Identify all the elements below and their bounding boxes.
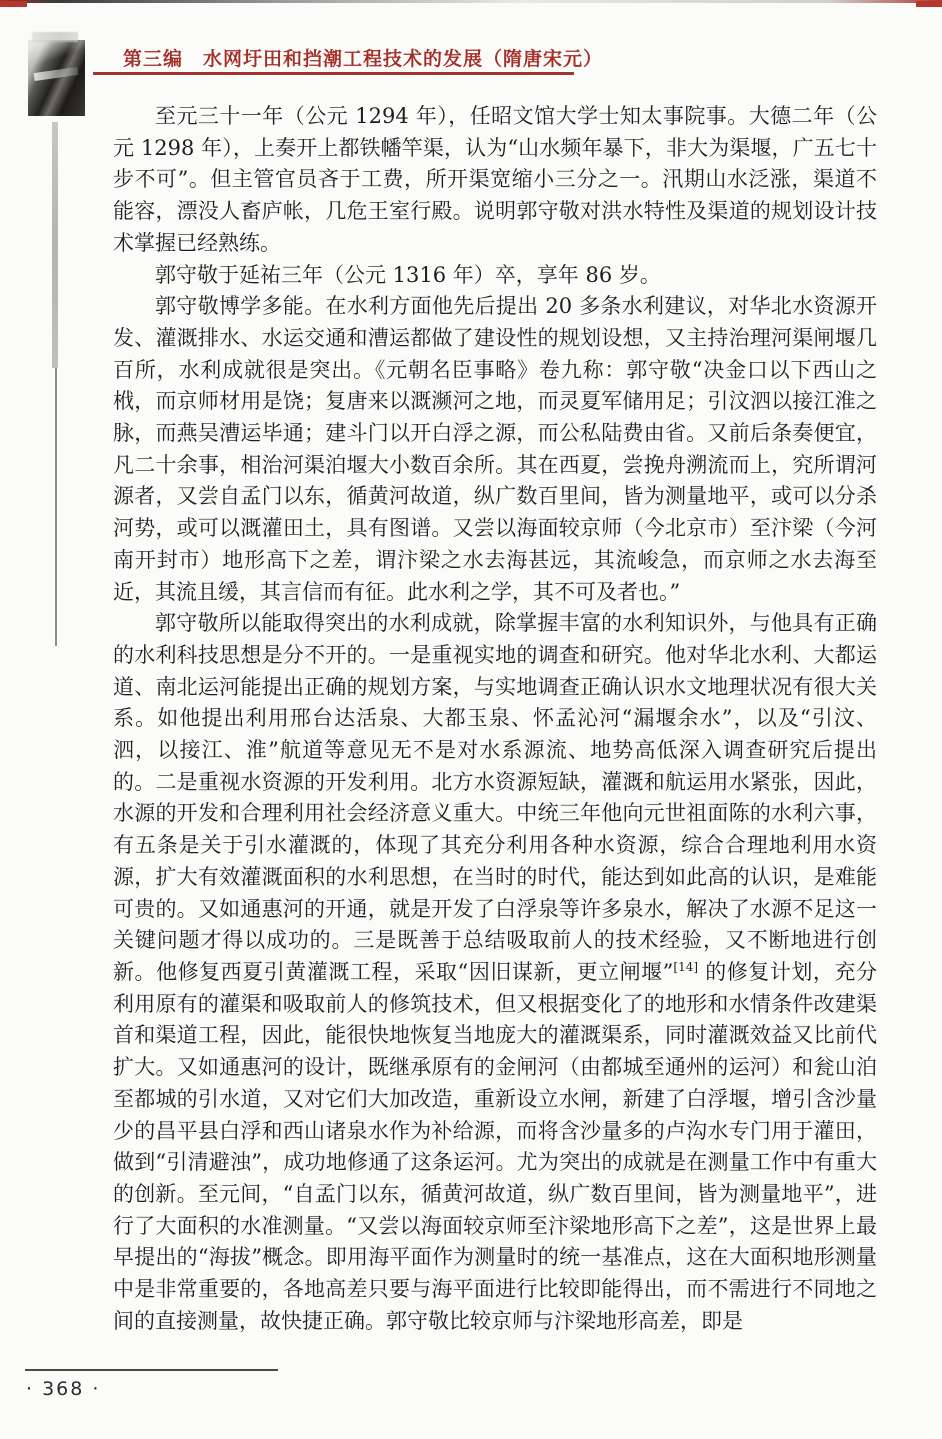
paragraph-3: 郭守敬博学多能。在水利方面他先后提出 20 多条水利建议，对华北水资源开发、灌溉… [113,291,877,608]
chapter-thumbnail-image [28,40,85,116]
footnote-reference-14: [14] [673,960,698,974]
scanned-book-page: { "header": { "title": "第三编 水网圩田和挡潮工程技术的… [0,0,942,1439]
top-left-red-mark [0,1,27,7]
left-decor-bar [52,122,58,368]
footer-rule [25,1369,278,1371]
paragraph-1: 至元三十一年（公元 1294 年），任昭文馆大学士知太事院事。大德二年（公元 1… [113,101,877,260]
paragraph-2: 郭守敬于延祐三年（公元 1316 年）卒，享年 86 岁。 [113,260,877,292]
top-right-red-mark [916,1,942,7]
body-text: 至元三十一年（公元 1294 年），任昭文馆大学士知太事院事。大德二年（公元 1… [113,101,877,1337]
paragraph-4: 郭守敬所以能取得突出的水利成就，除掌握丰富的水利知识外，与他具有正确的水利科技思… [113,608,877,1337]
paragraph-4-continuation: 的修复计划，充分利用原有的灌渠和吸取前人的修筑技术，但又根据变化了的地形和水情条… [113,960,877,1333]
page-number: · 368 · [26,1378,100,1400]
paragraph-4-text: 郭守敬所以能取得突出的水利成就，除掌握丰富的水利知识外，与他具有正确的水利科技思… [113,611,877,984]
chapter-header-underline [93,72,574,75]
left-decor-line [55,368,57,646]
page-top-edge [0,0,942,3]
chapter-header-title: 第三编 水网圩田和挡潮工程技术的发展（隋唐宋元） [123,44,883,71]
